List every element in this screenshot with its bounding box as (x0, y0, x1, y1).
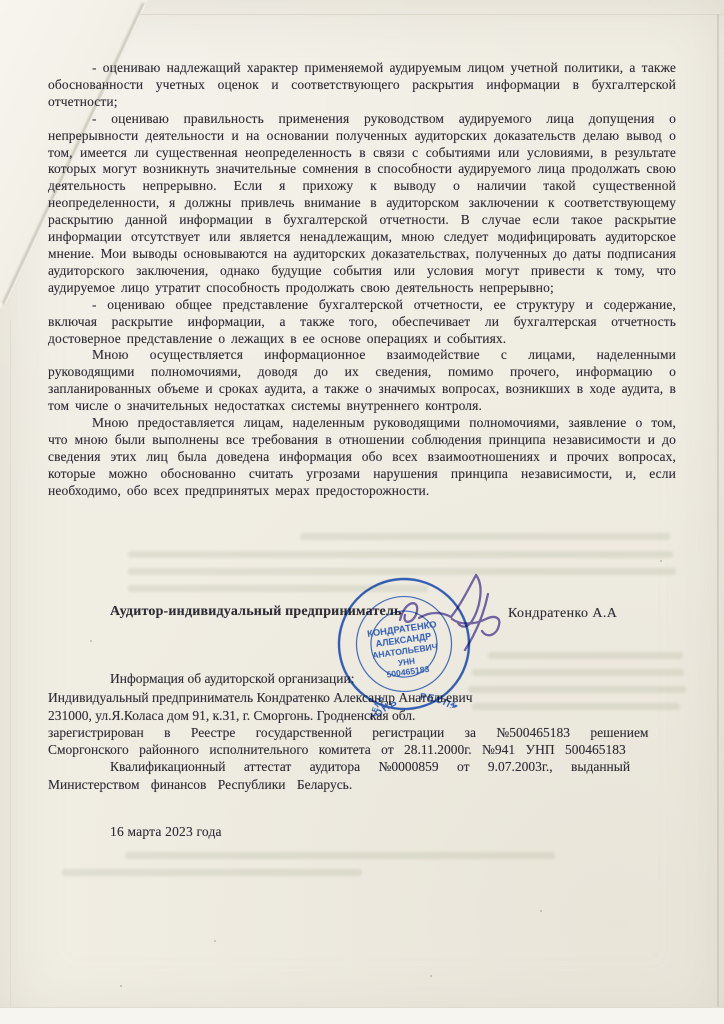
paragraph-going-concern: - оцениваю правильность применения руков… (48, 111, 676, 297)
handwritten-signature (392, 566, 520, 658)
auditor-name: Кондратенко А.А (508, 606, 617, 622)
paragraph-overall-presentation: - оцениваю общее представление бухгалтер… (48, 297, 676, 348)
scanned-audit-report-page: - оцениваю надлежащий характер применяем… (0, 0, 724, 1024)
paper-right-edge (717, 14, 719, 1008)
org-info-line: Сморгонского районного исполнительного к… (48, 741, 676, 758)
scan-speck (120, 985, 122, 987)
paragraph-communication: Мною осуществляется информационное взаим… (48, 347, 676, 415)
org-info-line: Министерством финансов Республики Белару… (48, 776, 676, 793)
report-date: 16 марта 2023 года (110, 824, 222, 840)
scan-speck (430, 975, 432, 977)
bleedthrough-smudge (125, 852, 555, 859)
scan-speck (214, 940, 216, 942)
paragraph-accounting-policy: - оцениваю надлежащий характер применяем… (48, 60, 676, 111)
signature-ink-icon (392, 566, 520, 658)
body-text: - оцениваю надлежащий характер применяем… (48, 60, 676, 500)
paragraph-independence: Мною предоставляется лицам, наделенным р… (48, 415, 676, 500)
bleedthrough-smudge (300, 533, 670, 540)
scan-speck (90, 640, 92, 642)
paper-left-edge (10, 320, 11, 1008)
scan-bottom-strip (0, 1007, 724, 1024)
paper-top-edge (138, 14, 724, 15)
bleedthrough-smudge (62, 869, 362, 876)
org-info-line: Квалификационный аттестат аудитора №0000… (48, 758, 676, 775)
scan-speck (540, 910, 542, 912)
scan-speck (660, 560, 662, 562)
org-info-line: зарегистрирован в Реестре государственно… (48, 724, 676, 741)
bleedthrough-smudge (128, 551, 673, 558)
